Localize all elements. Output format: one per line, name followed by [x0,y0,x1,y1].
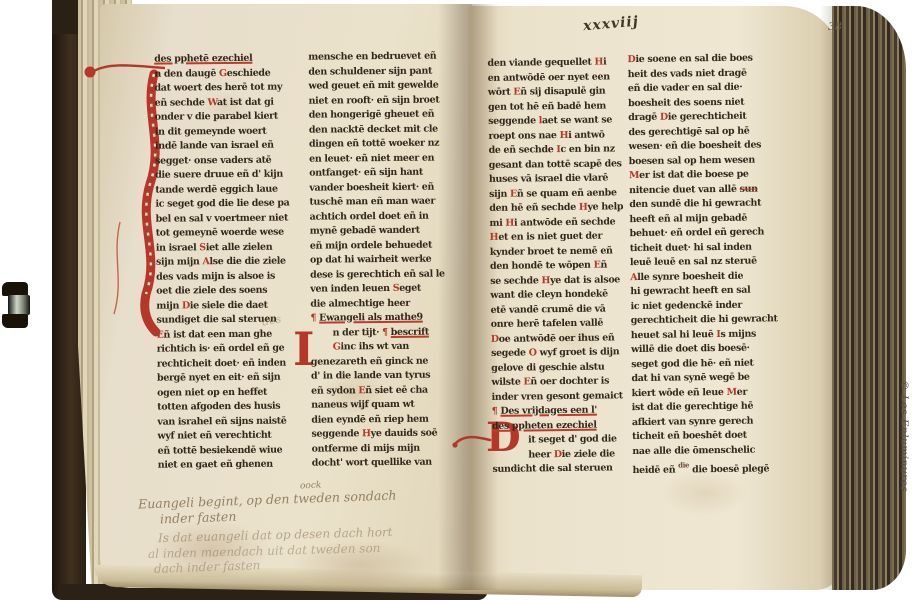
ink-text: op dat hi wairheit werke [310,254,431,266]
ink-text: ie soene en sal die boes [635,53,752,65]
manuscript-line: die suere druue eñ d' kijn [155,167,305,183]
ink-text: dien eyndē eñ riep hem [311,413,428,425]
manuscript-line: mijn Die siele die daet [156,298,306,314]
text-column-3: den viande gequellet Hien antwōdē oer ny… [487,55,642,477]
ink-text: aet se want se [542,114,612,126]
ink-text: inc ihs wt van [340,341,408,353]
ink-text: leuē leuē en sal nz steruē [630,256,757,269]
ink-text: heer [528,449,554,460]
rubric-text: ¶ [382,326,391,337]
ink-text: nae alle die ōmenschelic [632,444,755,456]
ink-text: s mijns [720,328,756,339]
text-column-1: des pphetē ezechieln den daugē Geschiede… [154,51,308,473]
text-column-4: Die soene en sal die boesheit des vads n… [627,51,808,474]
ink-text: afkiert van synre gerech [632,415,753,427]
ink-text: seggende [311,428,362,439]
manuscript-line: in dit gemeynde woert [155,124,305,140]
rubric-text: G [333,341,341,352]
ink-text: eñ mijn ordele behuedet [310,239,432,251]
ink-text: totten afgoden des husis [157,401,280,413]
ink-text: ic seget god die lie dese pa [155,197,289,209]
ink-text: onder v die parabel kiert [155,111,278,123]
manuscript-line: inder vren gesont gemaict [492,389,642,405]
ink-text: tande werdē eggich laue [155,183,277,195]
clasp-knob-bottom [2,314,28,328]
ink-text: seget god die hē· eñ niet [631,357,753,369]
manuscript-line: ogen niet op en heffet [157,385,307,401]
rubric-text: M [629,170,639,181]
manuscript-line: heidē eñ die die boesē plegē [632,457,808,474]
ink-text: bergē nyet en eit· eñ sijn [157,372,280,384]
manuscript-line: ¶ Ewangeli als mathe9 [310,310,460,326]
rubric-text: ¶ [310,313,319,324]
ink-text: oe antwōdē oer ihus eñ [499,332,615,344]
ink-text: genezareth eñ ginck ne [311,355,428,367]
ink-text: heidē eñ [632,465,678,477]
ink-text: eschiede [227,67,271,78]
manuscript-line: in israel Siet alle zielen [156,240,306,256]
ink-text: eget [399,283,421,294]
ink-text: gelove di geschie alstu [491,361,604,373]
rubric-text: D [660,112,668,123]
manuscript-line: indē lande van israel eñ [155,138,305,154]
ink-text: tot gemeynē woerde wese [156,227,284,239]
ink-text: die almechtige heer [310,297,410,309]
ink-text: sundicht die sal steruen [492,462,612,474]
ink-text: den hondē te wōpen [490,260,594,272]
manuscript-line: richtich is· eñ ordel eñ ge [157,341,307,357]
ink-text: segget· onse vaders atē [155,154,271,166]
clasp-metal-plate [8,295,30,315]
ink-text: ñ ist dat een man ghe [163,328,271,340]
ink-text: niet en gaet eñ ghenen [158,459,273,471]
manuscript-line: eñ mijn ordele behuedet [310,238,460,254]
ink-text: in israel [156,242,200,253]
ink-text: naneus wijf quam wt [311,399,414,411]
ink-text: gesant dan tottē scapē des [489,158,622,171]
ink-text: wyf groet is dijn [537,346,620,358]
copyright-credit: © Les Enluminures [898,380,910,560]
ink-text: ñ se quam eñ aenbe [517,187,617,199]
ink-text: heuet sal hi leuē [631,329,717,341]
text-column-2: mensche en bedruevet eñden schuldener si… [308,49,462,471]
ink-text: ie gerechticheit [668,111,747,123]
manuscript-line: den nacktē decket mit cle [309,122,459,138]
ink-text: van israhel eñ sijns naistē [157,415,286,427]
manuscript-line: genezareth eñ ginck ne [311,354,461,370]
manuscript-photo: xxxviij 38 I D des pphetē ezechieln den … [0,0,921,600]
manuscript-line: ontfanget· eñ sijn hant [309,165,459,181]
ink-text: n der tijt· [333,327,383,338]
ink-text: behuet· eñ ordel eñ gerech [630,226,764,239]
ink-text: et en is niet guet der [498,231,602,243]
manuscript-line: gesant dan tottē scapē des [489,157,639,173]
ink-text: eñ tottē besiekendē wiue [158,444,283,456]
manuscript-line: tot gemeynē woerde wese [156,225,306,241]
ink-text: die [678,460,689,469]
manuscript-line: Eñ ist dat een man ghe [157,327,307,343]
manuscript-line: se sechde Hye dat is alsoe [490,273,640,289]
rubric-text: H [594,57,603,68]
ink-text: kiert wōde eñ leue [632,386,727,398]
ink-text: die suere druue eñ d' kijn [155,169,283,181]
manuscript-line: niet en gaet eñ ghenen [158,457,308,473]
ink-text: ñ [600,259,607,270]
ink-text: dingen eñ tottē woeker nz [309,138,439,150]
manuscript-line: den hē eñ sechde Hye help [489,200,639,216]
ink-text: ie siele die daet [190,299,268,311]
ink-text: nitencie duet van allē [629,183,740,195]
ink-text: wōrt [488,87,514,98]
ink-text: mynē gebadē wandert [310,225,420,237]
ink-text: wesen· eñ die boesheit des [629,139,762,152]
ink-text: des ppheten ezechiel [492,419,597,431]
manuscript-line: Ginc ihs wt van [311,339,461,355]
ink-text: richtich is· eñ ordel eñ ge [157,343,285,355]
ink-text: er [737,386,747,397]
ink-text: den sundē die hi gewracht [629,197,761,210]
ink-text: den viande gequellet [487,57,594,69]
manuscript-line: onder v die parabel kiert [155,109,305,125]
rubric-text: H [505,217,514,228]
manuscript-line: sundicht die sal steruen [492,461,642,477]
manuscript-line: eñ sydon Eñ siet eē cha [311,383,461,399]
ink-text: vander boesheit kiert· eñ [309,181,434,193]
rubric-text: H [541,275,550,286]
ink-text: in dit gemeynde woert [155,125,267,137]
ink-text: dragē [628,112,660,123]
ink-text: n den daugē [154,68,219,80]
ink-text: eñ sydon [311,385,358,396]
ink-text: kynder broet te nemē eñ [490,245,613,257]
ink-text: ogen niet op en heffet [157,386,267,398]
ink-text: achtich ordel doet eñ in [310,210,429,222]
ink-text: die boesē plegē [689,463,769,475]
ink-text: iet alle zielen [206,241,273,253]
ink-text: ñ siet eē cha [365,384,428,396]
ink-text: it seget d' god die [528,433,617,445]
manuscript-line: bergē nyet en eit· eñ sijn [157,370,307,386]
manuscript-line: tuschē man eñ man waer [309,194,459,210]
ink-text: sijn mijn [156,256,203,267]
ink-text: gerechticheit die hi gewracht [631,313,778,326]
ink-text: des vads mijn is alsoe is [156,270,275,282]
ink-text: ye help [587,201,623,212]
ink-text: ye dauids soē [371,428,438,440]
manuscript-line: rechticheit doet· eñ inden [157,356,307,372]
manuscript-line: sijn mijn Alse die die ziele [156,254,306,270]
ink-text: want die cleyn hondekē [490,288,608,300]
page-edges-fore-edge [832,6,906,590]
ink-text: onre herē tafelen vallē [491,318,603,330]
manuscript-line: wyf niet eñ verechticht [157,428,307,444]
rubric-text: H [362,428,371,439]
ink-text: boesen sal op hem wesen [629,154,755,167]
ink-text: wyf niet eñ verechticht [157,430,271,442]
manuscript-line: eñ tottē besiekendē wiue [158,443,308,459]
ink-text: ontferme di mijs mijn [312,442,420,454]
ink-text: sundiget die sal steruen [156,314,276,326]
ink-text: mijn [156,300,182,311]
ink-text: eñ die vader en sal die· [628,82,743,94]
manuscript-line: den schuldener sijn pant [308,64,458,80]
ink-text: er ist dat die boese pe [639,169,749,181]
ink-text: huses vā israel die vlarē [489,172,608,184]
manuscript-line: van israhel eñ sijns naistē [157,414,307,430]
manuscript-line: dingen eñ tottē woeker nz [309,136,459,152]
ink-text: sijn [489,188,510,199]
ink-text: den schuldener sijn pant [308,65,432,77]
manuscript-line: bel en sal v voertmeer niet [156,211,306,227]
rubric-text: ¶ [492,406,501,417]
ink-text: eñ sechde [155,97,208,108]
ink-text: den hongerigē gheuet eñ [309,109,435,121]
rubric-text: H [559,129,568,140]
manuscript-line: op dat hi wairheit werke [310,252,460,268]
manuscript-line: des vads mijn is alsoe is [156,269,306,285]
ink-text: dese is gerechtich eñ sal le [310,268,445,280]
ink-text: lle synre boesheit die [637,270,743,282]
manuscript-line: wed geuet eñ mit gewelde [308,78,458,94]
ink-text: roept ons nae [488,130,559,142]
manuscript-line: niet en rooft· eñ sijn broet [309,93,459,109]
manuscript-line: ven inden leuen Seget [310,281,460,297]
ink-text: ist dat die gerechtige hē [632,401,754,413]
ink-text: bescrift [391,326,429,337]
manuscript-line: den hongerigē gheuet eñ [309,107,459,123]
ink-text: bel en sal v voertmeer niet [156,212,288,224]
ink-text: mensche en bedruevet eñ [308,51,436,63]
manuscript-line: n den daugē Geschiede [154,66,304,82]
marginal-note-line: inder fasten [160,509,237,527]
ink-text: den nacktē decket mit cle [309,123,438,135]
manuscript-line: totten afgoden des husis [157,399,307,415]
ink-text: i [603,56,606,67]
manuscript-line: sundiget die sal steruen [156,312,306,328]
manuscript-line: d' in die lande van tyrus [311,368,461,384]
manuscript-line: seggende Hye dauids soē [311,426,461,442]
manuscript-line: ic seget god die lie dese pa [155,196,305,212]
folio-number-arabic: 38 [828,20,842,33]
manuscript-line: naneus wijf quam wt [311,397,461,413]
ink-text: etē vandē crumē die vā [490,303,605,315]
ink-text: Des vrijdages een l' [500,405,597,417]
rubric-text: H [490,232,499,243]
ink-text: inder vren gesont gemaict [492,390,623,403]
manuscript-line: dese is gerechtich eñ sal le [310,267,460,283]
ink-text: d' in die lande van tyrus [311,370,430,382]
ink-text: wilste [491,377,523,388]
ink-text: indē lande van israel eñ [155,140,274,152]
manuscript-line: dat woert des herē tot my [154,80,304,96]
ink-text: en leuet· eñ niet meer en [309,152,434,164]
ink-text: ic niet gedenckē inder [630,299,742,311]
ink-text: ticheit duet· hi sal inden [630,241,752,253]
ink-text: dat woert des herē tot my [154,82,282,94]
ink-text: wed geuet eñ mit gewelde [308,80,438,92]
ink-text: ie ziele die [562,448,615,460]
ink-text: gen tot hē eñ badē hem [488,100,606,112]
ink-text: docht' wort quellike van [312,457,432,469]
manuscript-line: en leuet· eñ niet meer en [309,151,459,167]
manuscript-line: segget· onse vaders atē [155,153,305,169]
ink-text: en antwōdē oer nyet een [488,71,610,83]
manuscript-line: vander boesheit kiert· eñ [309,180,459,196]
ink-text: Ewangeli als mathe9 [319,312,423,324]
ink-text: heeft eñ al mijn gebadē [629,212,747,224]
ink-text: willē die doet dis boesē· [631,343,750,355]
manuscript-line: des pphetē ezechiel [154,51,304,67]
manuscript-line: tande werdē eggich laue [155,182,305,198]
rubric-text: W [207,97,217,108]
ink-text: tuschē man eñ man waer [309,196,435,208]
ink-text: rechticheit doet· eñ inden [157,357,286,369]
manuscript-line: oet die ziele des soens [156,283,306,299]
rubric-text: M [726,386,736,397]
ink-text: ñ sij disapulē gin [520,85,605,97]
ink-text: dat hi van synē wegē be [631,372,749,384]
ink-text: at ist dat gi [217,96,274,107]
rubric-text: D [627,54,635,65]
manuscript-line: mynē gebadē wandert [310,223,460,239]
ink-text: ticheit eñ boeshēt doet [632,430,747,442]
manuscript-line: segede O wyf groet is dijn [491,345,641,361]
ink-text: sun [740,183,758,194]
ink-text: des pphetē ezechiel [154,53,252,65]
ink-text: segede [491,347,529,358]
manuscript-line: docht' wort quellike van [312,455,462,471]
manuscript-line: mensche en bedruevet eñ [308,49,458,65]
ink-text: i antwō [568,129,605,140]
ink-text: ven inden leuen [310,283,393,295]
ink-text: des gerechtigē sal op hē [628,125,749,137]
ink-text: oet die ziele des soens [156,285,267,297]
rubric-text: O [529,347,537,358]
clasp-knob-top [2,282,28,296]
book-clasp [0,282,34,328]
manuscript-line: achtich ordel doet eñ in [310,209,460,225]
manuscript-line: eñ sechde Wat ist dat gi [155,95,305,111]
manuscript-line: ontferme di mijs mijn [312,441,462,457]
ink-text: de eñ sechde [489,144,557,156]
manuscript-line: die almechtige heer [310,296,460,312]
ink-text: se sechde [490,275,541,287]
ink-text: den hē eñ sechde [489,202,579,214]
manuscript-line: n der tijt· ¶ bescrift [311,325,461,341]
ink-text: ontfanget· eñ sijn hant [309,167,423,179]
ink-text: hi gewracht heeft en sal [630,285,750,297]
ink-text: mi [489,217,505,228]
rubric-text: D [491,333,499,344]
ink-text: ye dat is alsoe [550,274,620,286]
ink-text: ñ oer dochter is [530,375,609,387]
ink-text: seggende [488,115,539,127]
ink-text: heit des vads niet dragē [628,67,747,79]
ink-text: niet en rooft· eñ sijn broet [309,94,440,106]
ink-text: c en bin nz [560,143,614,155]
ink-text: lse die die ziele [209,256,285,268]
ink-text: i antwōde eñ sechde [514,216,615,228]
rubric-text: H [579,202,588,213]
manuscript-line: dien eyndē eñ riep hem [311,412,461,428]
ink-text: boesheit des soens niet [628,96,744,108]
